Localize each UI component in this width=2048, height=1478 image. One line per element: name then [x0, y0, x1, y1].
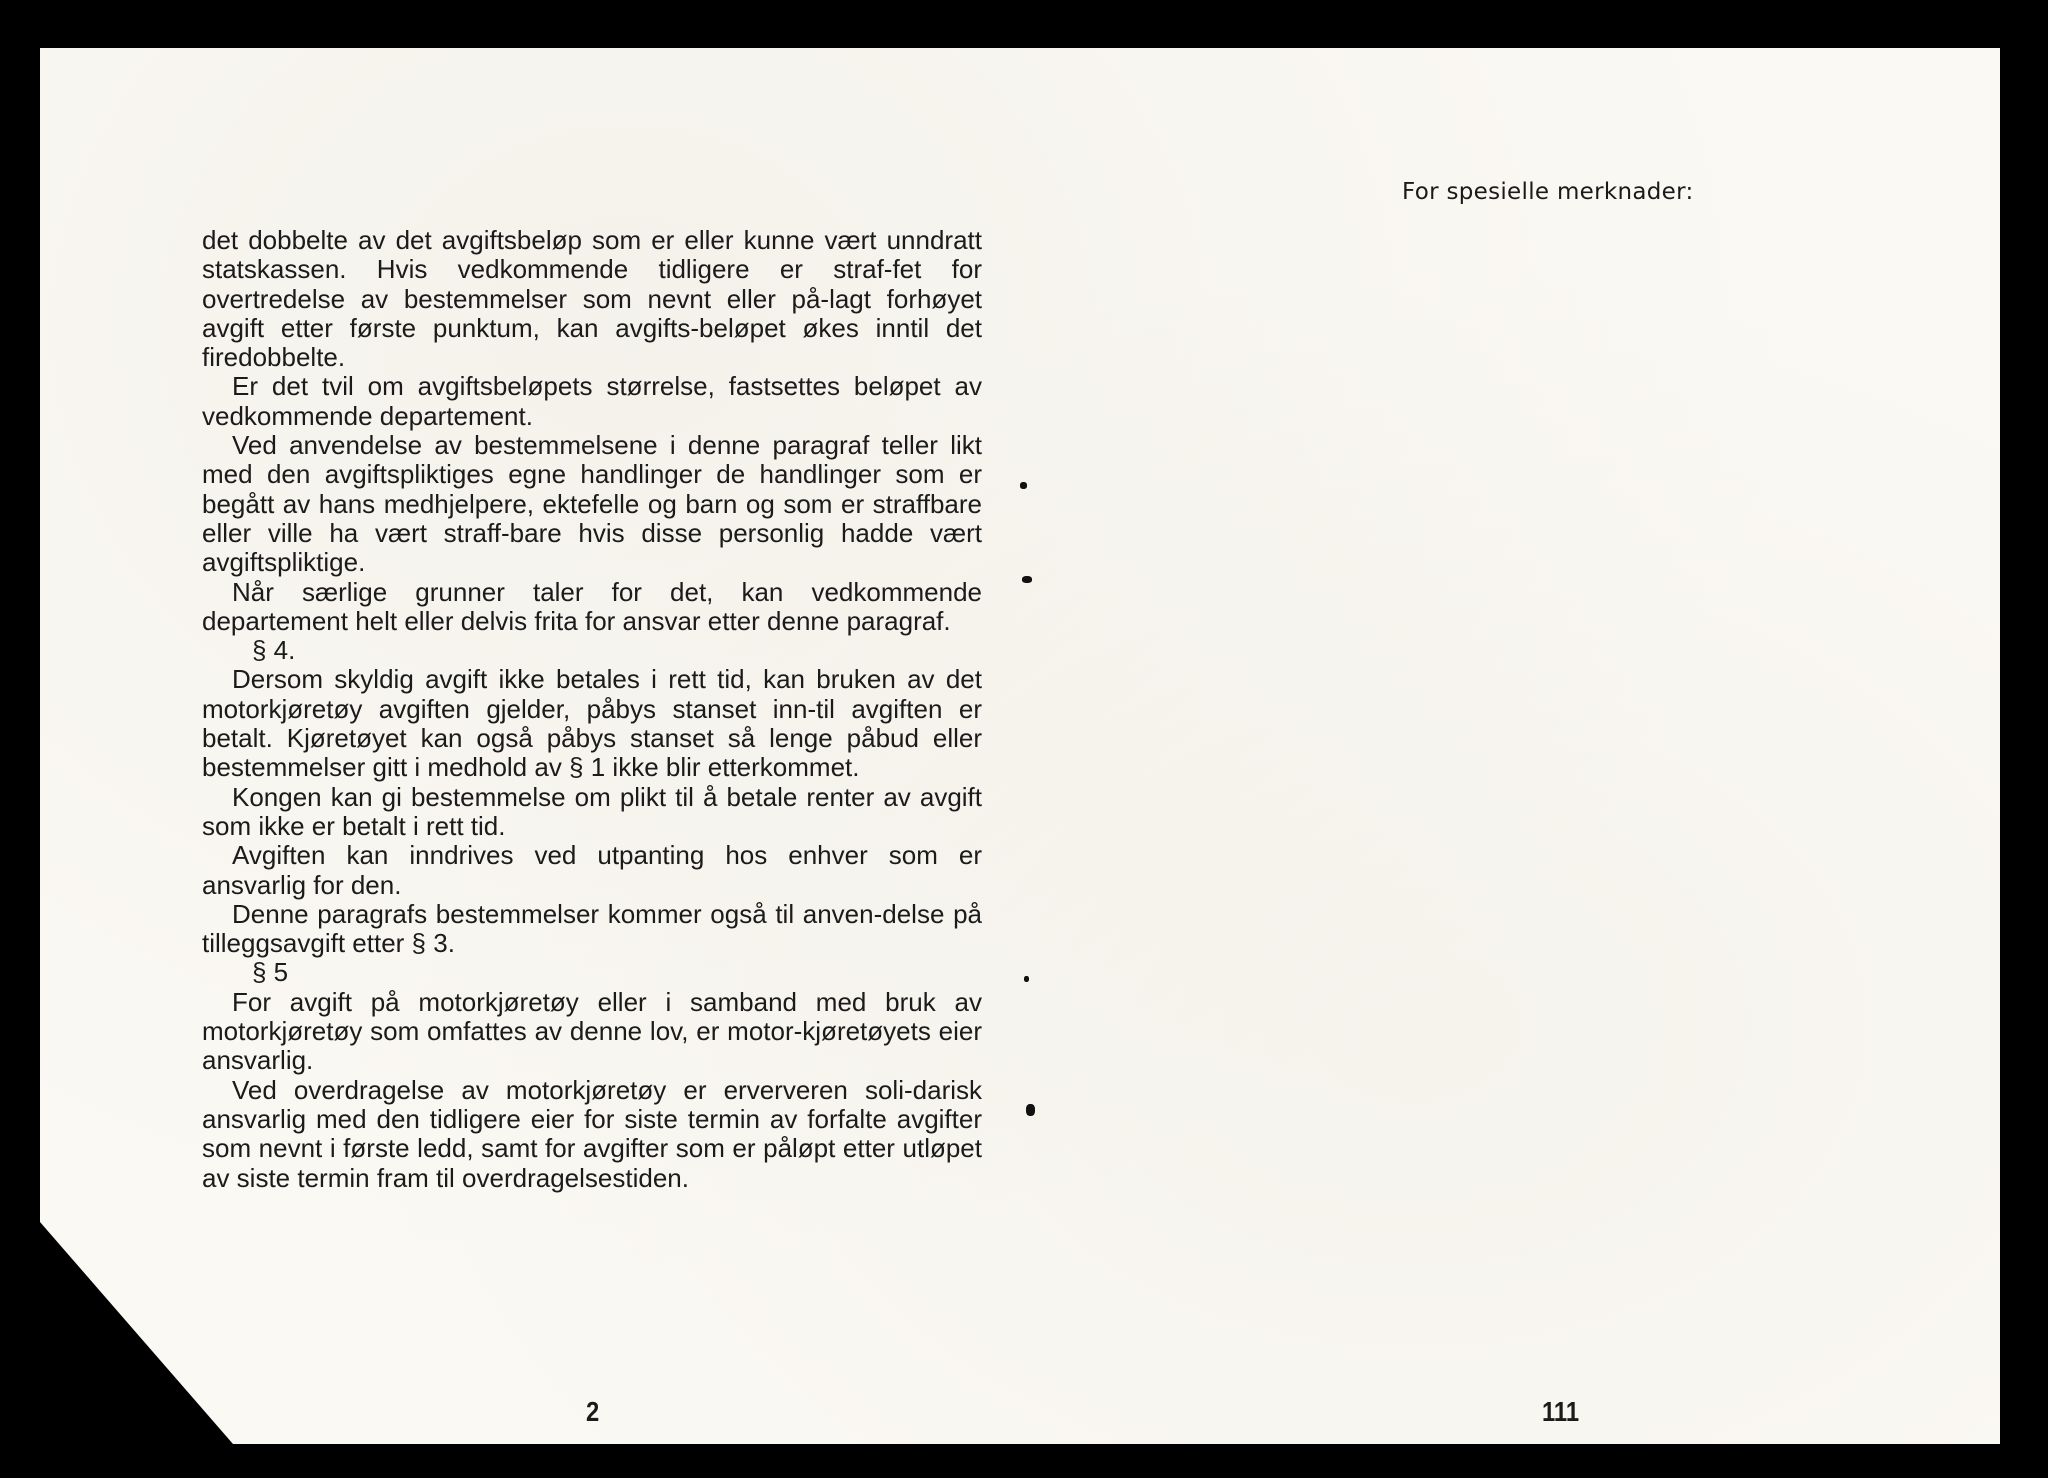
section-heading-4: § 4.	[202, 636, 982, 665]
paragraph-6: Kongen kan gi bestemmelse om plikt til å…	[202, 783, 982, 842]
paragraph-10: Ved overdragelse av motorkjøretøy er erv…	[202, 1076, 982, 1193]
scanned-paper-spread: det dobbelte av det avgiftsbeløp som er …	[40, 48, 2000, 1444]
paragraph-3: Ved anvendelse av bestemmelsene i denne …	[202, 431, 982, 577]
right-page-number: 111	[1542, 1396, 1579, 1428]
paragraph-5: Dersom skyldig avgift ikke betales i ret…	[202, 665, 982, 782]
paragraph-1: det dobbelte av det avgiftsbeløp som er …	[202, 226, 982, 372]
paragraph-2: Er det tvil om avgiftsbeløpets størrelse…	[202, 372, 982, 431]
staple-mark-icon	[1024, 976, 1029, 982]
section-heading-5: § 5	[202, 958, 982, 987]
paragraph-8: Denne paragrafs bestemmelser kommer også…	[202, 900, 982, 959]
paragraph-9: For avgift på motorkjøretøy eller i samb…	[202, 988, 982, 1076]
staple-mark-icon	[1026, 1104, 1035, 1116]
paragraph-7: Avgiften kan inndrives ved utpanting hos…	[202, 841, 982, 900]
left-page-number: 2	[586, 1396, 599, 1428]
staple-mark-icon	[1022, 576, 1032, 583]
staple-mark-icon	[1020, 482, 1027, 489]
paragraph-4: Når særlige grunner taler for det, kan v…	[202, 578, 982, 637]
special-remarks-label: For spesielle merknader:	[1402, 179, 1694, 205]
left-page-text-column: det dobbelte av det avgiftsbeløp som er …	[202, 226, 982, 1193]
